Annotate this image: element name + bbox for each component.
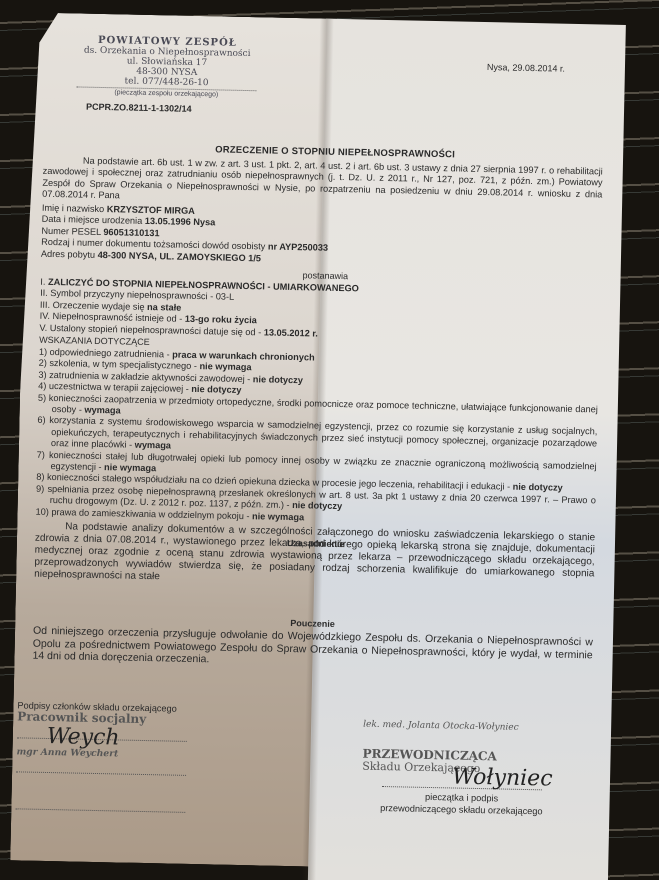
chair-signature-scribble: Wołyniec	[452, 771, 553, 785]
item-number: 9)	[36, 484, 44, 494]
item-value: nie wymaga	[104, 462, 156, 473]
item-text: odpowiedniego zatrudnienia -	[50, 347, 170, 360]
item-number: 3)	[38, 370, 46, 380]
item-value: nie wymaga	[199, 361, 251, 372]
item-number: 7)	[37, 449, 45, 459]
item-value: na stałe	[147, 302, 181, 313]
item-value: 13-go roku życia	[185, 314, 257, 326]
item-value: nie dotyczy	[253, 374, 303, 385]
item-number: 8)	[36, 472, 44, 482]
signature-line	[16, 758, 186, 777]
decisions-list: I. ZALICZYĆ DO STOPNIA NIEPEŁNOSPRAWNOŚC…	[39, 277, 600, 346]
item-number: II.	[40, 288, 48, 298]
members-signatures: Podpisy członków składu orzekającego Pra…	[15, 700, 317, 815]
item-value: nie dotyczy	[191, 384, 241, 395]
item-value: nie wymaga	[252, 511, 304, 522]
item-number: V.	[39, 322, 47, 332]
item-number: IV.	[40, 311, 51, 321]
item-value: nie dotyczy	[292, 500, 342, 511]
instruction-heading: Pouczenie	[290, 618, 335, 630]
item-number: 4)	[38, 381, 46, 391]
item-number: 10)	[35, 506, 48, 516]
item-number: 1)	[39, 347, 47, 357]
item-number: 6)	[37, 415, 45, 425]
office-stamp: POWIATOWY ZESPÓŁ ds. Orzekania o Niepełn…	[76, 35, 257, 101]
item-value: nie dotyczy	[513, 482, 563, 493]
item-number: 2)	[39, 358, 47, 368]
item-text: Orzeczenie wydaje się	[53, 300, 145, 312]
item-text: Niepełnosprawność istnieje od -	[52, 311, 182, 324]
item-value: wymaga	[84, 405, 120, 416]
item-number: 5)	[38, 392, 46, 402]
item-number: III.	[40, 300, 50, 310]
item-number: I.	[40, 277, 45, 287]
indications-list: 1) odpowiedniego zatrudnienia - praca w …	[35, 347, 598, 530]
chair-signature: lek. med. Jolanta Otocka-Wołyniec PRZEWO…	[361, 720, 623, 819]
item-value: wymaga	[135, 440, 171, 451]
document-sheet: POWIATOWY ZESPÓŁ ds. Orzekania o Niepełn…	[0, 12, 648, 880]
reference-number: PCPR.ZO.8211-1-1302/14	[86, 102, 192, 116]
item-value: 13.05.2012 r.	[264, 327, 318, 338]
member-signature: Weych	[47, 731, 120, 744]
decides-heading: postanawia	[302, 270, 348, 282]
place-date: Nysa, 29.08.2014 r.	[487, 62, 565, 75]
justification-paragraph: Na podstawie analizy dokumentów a w szcz…	[34, 521, 595, 593]
person-details: Imię i nazwisko KRZYSZTOF MIRGA Data i m…	[41, 203, 602, 272]
